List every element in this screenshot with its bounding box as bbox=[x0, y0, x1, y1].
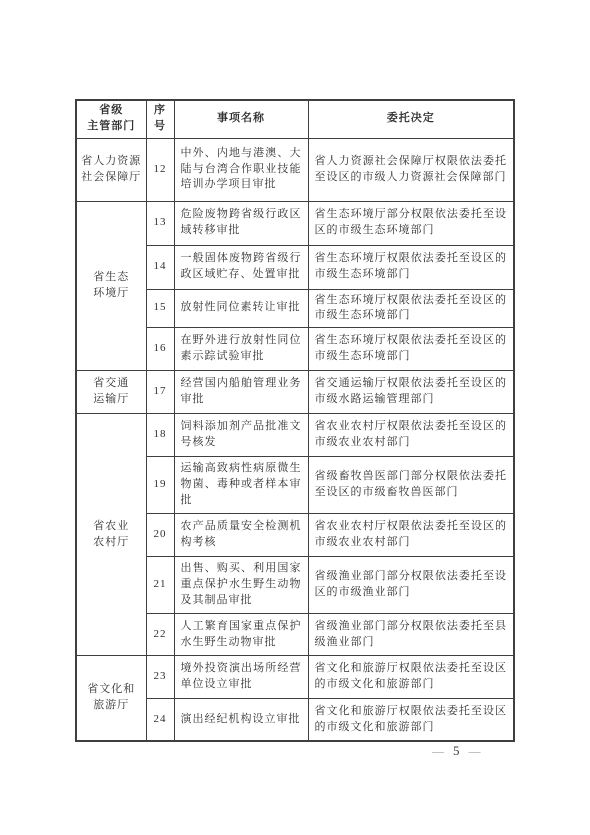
serial-cell: 12 bbox=[146, 138, 174, 201]
decision-cell: 省生态环境厅权限依法委托至设区的市级生态环境部门 bbox=[308, 289, 514, 328]
serial-cell: 18 bbox=[146, 414, 174, 457]
department-cell: 省生态 环境厅 bbox=[76, 201, 146, 371]
item-cell: 农产品质量安全检测机构考核 bbox=[174, 514, 308, 557]
delegation-table: 省级 主管部门 序 号 事项名称 委托决定 省人力资源 社会保障厅 12 中外、… bbox=[75, 99, 515, 742]
decision-cell: 省生态环境厅权限依法委托至设区的市级生态环境部门 bbox=[308, 328, 514, 371]
item-cell: 一般固体废物跨省级行政区域贮存、处置审批 bbox=[174, 245, 308, 289]
item-cell: 中外、内地与港澳、大陆与台湾合作职业技能培训办学项目审批 bbox=[174, 138, 308, 201]
serial-cell: 21 bbox=[146, 557, 174, 614]
item-cell: 出售、购买、利用国家重点保护水生野生动物及其制品审批 bbox=[174, 557, 308, 614]
decision-cell: 省农业农村厅权限依法委托至设区的市级农业农村部门 bbox=[308, 414, 514, 457]
table-row: 省农业 农村厅 18 饲料添加剂产品批准文号核发 省农业农村厅权限依法委托至设区… bbox=[76, 414, 514, 457]
decision-cell: 省文化和旅游厅权限依法委托至设区的市级文化和旅游部门 bbox=[308, 699, 514, 741]
serial-cell: 24 bbox=[146, 699, 174, 741]
item-cell: 人工繁育国家重点保护水生野生动物审批 bbox=[174, 614, 308, 656]
serial-cell: 16 bbox=[146, 328, 174, 371]
serial-cell: 15 bbox=[146, 289, 174, 328]
department-cell: 省交通 运输厅 bbox=[76, 371, 146, 414]
page-number-dash-left: — bbox=[432, 744, 444, 759]
page-number: — 5 — bbox=[432, 743, 481, 759]
decision-cell: 省文化和旅游厅权限依法委托至设区的市级文化和旅游部门 bbox=[308, 656, 514, 699]
page-number-value: 5 bbox=[453, 743, 460, 759]
department-cell: 省农业 农村厅 bbox=[76, 414, 146, 656]
decision-cell: 省生态环境厅权限依法委托至设区的市级生态环境部门 bbox=[308, 245, 514, 289]
decision-cell: 省级渔业部门部分权限依法委托至县级渔业部门 bbox=[308, 614, 514, 656]
item-cell: 境外投资演出场所经营单位设立审批 bbox=[174, 656, 308, 699]
item-cell: 演出经纪机构设立审批 bbox=[174, 699, 308, 741]
item-cell: 在野外进行放射性同位素示踪试验审批 bbox=[174, 328, 308, 371]
decision-cell: 省生态环境厅部分权限依法委托至设区的市级生态环境部门 bbox=[308, 201, 514, 245]
table-row: 省文化和 旅游厅 23 境外投资演出场所经营单位设立审批 省文化和旅游厅权限依法… bbox=[76, 656, 514, 699]
serial-cell: 14 bbox=[146, 245, 174, 289]
department-cell: 省文化和 旅游厅 bbox=[76, 656, 146, 741]
header-cell-decision: 委托决定 bbox=[308, 100, 514, 138]
header-cell-serial: 序 号 bbox=[146, 100, 174, 138]
item-cell: 饲料添加剂产品批准文号核发 bbox=[174, 414, 308, 457]
table-row: 省交通 运输厅 17 经营国内船舶管理业务审批 省交通运输厅权限依法委托至设区的… bbox=[76, 371, 514, 414]
decision-cell: 省农业农村厅权限依法委托至设区的市级农业农村部门 bbox=[308, 514, 514, 557]
item-cell: 危险废物跨省级行政区域转移审批 bbox=[174, 201, 308, 245]
decision-cell: 省级畜牧兽医部门部分权限依法委托至设区的市级畜牧兽医部门 bbox=[308, 457, 514, 514]
table-row: 省人力资源 社会保障厅 12 中外、内地与港澳、大陆与台湾合作职业技能培训办学项… bbox=[76, 138, 514, 201]
document-page: 省级 主管部门 序 号 事项名称 委托决定 省人力资源 社会保障厅 12 中外、… bbox=[0, 0, 590, 835]
page-number-dash-right: — bbox=[469, 744, 481, 759]
serial-cell: 17 bbox=[146, 371, 174, 414]
decision-cell: 省级渔业部门部分权限依法委托至设区的市级渔业部门 bbox=[308, 557, 514, 614]
serial-cell: 13 bbox=[146, 201, 174, 245]
table-header-row: 省级 主管部门 序 号 事项名称 委托决定 bbox=[76, 100, 514, 138]
header-cell-department: 省级 主管部门 bbox=[76, 100, 146, 138]
item-cell: 运输高致病性病原微生物菌、毒种或者样本审批 bbox=[174, 457, 308, 514]
serial-cell: 20 bbox=[146, 514, 174, 557]
serial-cell: 23 bbox=[146, 656, 174, 699]
item-cell: 经营国内船舶管理业务审批 bbox=[174, 371, 308, 414]
header-cell-item: 事项名称 bbox=[174, 100, 308, 138]
decision-cell: 省人力资源社会保障厅权限依法委托至设区的市级人力资源社会保障部门 bbox=[308, 138, 514, 201]
department-cell: 省人力资源 社会保障厅 bbox=[76, 138, 146, 201]
serial-cell: 22 bbox=[146, 614, 174, 656]
serial-cell: 19 bbox=[146, 457, 174, 514]
table-row: 省生态 环境厅 13 危险废物跨省级行政区域转移审批 省生态环境厅部分权限依法委… bbox=[76, 201, 514, 245]
item-cell: 放射性同位素转让审批 bbox=[174, 289, 308, 328]
decision-cell: 省交通运输厅权限依法委托至设区的市级水路运输管理部门 bbox=[308, 371, 514, 414]
